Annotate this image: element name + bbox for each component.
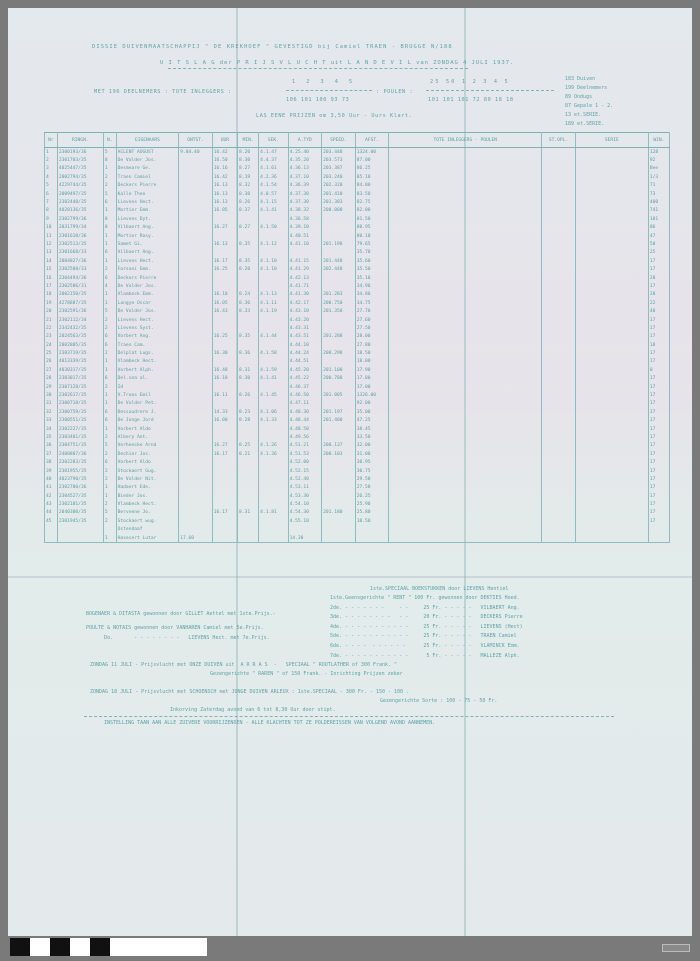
table-cell: 18.50 <box>355 349 389 357</box>
table-cell <box>179 442 213 450</box>
table-cell <box>542 173 576 181</box>
table-cell <box>288 526 322 534</box>
table-cell <box>212 316 237 324</box>
table-cell: 4.52.15 <box>288 467 322 475</box>
table-cell: De Volder Jos. <box>116 156 179 164</box>
table-row: 162304494/366Deckers Pierre4.42.1335.102… <box>45 274 670 282</box>
table-cell <box>542 500 576 508</box>
table-cell <box>212 400 237 408</box>
sunday-2b: Gezengerichte Sorte : 100 - 75 - 50 Fr. <box>380 697 497 707</box>
table-cell: 8.20 <box>238 265 259 273</box>
table-cell: 4.1.50 <box>259 224 288 232</box>
table-cell <box>575 215 648 223</box>
table-cell: 17 <box>648 349 669 357</box>
table-cell <box>389 265 542 273</box>
table-cell: 4.36.13 <box>288 165 322 173</box>
table-cell <box>179 190 213 198</box>
table-cell: 4013339/35 <box>57 358 103 366</box>
table-cell <box>389 299 542 307</box>
table-row: 122302513/351Samet Gi.16.138.354.1.124.4… <box>45 240 670 248</box>
table-cell <box>259 358 288 366</box>
table-cell: 81.50 <box>355 215 389 223</box>
table-cell <box>542 165 576 173</box>
table-cell: 2302513/35 <box>57 240 103 248</box>
table-cell <box>575 475 648 483</box>
table-cell: 17 <box>648 324 669 332</box>
table-cell: 14.33 <box>212 408 237 416</box>
table-cell <box>389 198 542 206</box>
table-cell <box>179 383 213 391</box>
table-cell: 2304751/35 <box>57 442 103 450</box>
table-cell <box>179 333 213 341</box>
table-cell <box>575 450 648 458</box>
table-cell: 4.1.13 <box>259 291 288 299</box>
table-cell: Bee <box>648 165 669 173</box>
table-cell: 27.80 <box>355 341 389 349</box>
table-cell: Traen Cam. <box>116 341 179 349</box>
table-cell: Kalle Theo <box>116 190 179 198</box>
table-cell: 37 <box>45 450 58 458</box>
table-cell: 35 <box>45 433 58 441</box>
table-cell <box>575 182 648 190</box>
table-cell: Lievens Syst. <box>116 324 179 332</box>
table-cell: 21 <box>45 316 58 324</box>
table-row: 1Hasecert Lutar17.6014.30 <box>45 534 670 543</box>
table-cell: 200.000 <box>322 207 356 215</box>
table-cell <box>179 366 213 374</box>
table-cell: 25 <box>648 249 669 257</box>
table-cell <box>238 500 259 508</box>
table-cell: 2307128/35 <box>57 383 103 391</box>
table-cell <box>322 475 356 483</box>
table-cell: 2400887/36 <box>57 450 103 458</box>
table-row: 274030317/351Vorbert Alph.16.488.314.1.5… <box>45 366 670 374</box>
summary-item: 199 Deelnemers <box>565 84 613 93</box>
table-cell: 17 <box>648 450 669 458</box>
table-cell: 2300193/36 <box>57 148 103 157</box>
table-cell: 2301703/35 <box>57 156 103 164</box>
table-cell <box>575 249 648 257</box>
table-cell <box>389 408 542 416</box>
table-cell <box>389 534 542 543</box>
table-cell: 201.448 <box>322 257 356 265</box>
table-cell: 2301955/35 <box>57 467 103 475</box>
table-cell <box>212 433 237 441</box>
table-cell: 29.50 <box>355 475 389 483</box>
table-cell: 17 <box>648 458 669 466</box>
table-cell: 1326.00 <box>355 391 389 399</box>
table-cell: 17 <box>648 425 669 433</box>
table-cell <box>389 417 542 425</box>
table-cell: 32 <box>45 408 58 416</box>
table-cell <box>212 475 237 483</box>
table-cell <box>575 492 648 500</box>
table-cell <box>542 492 576 500</box>
table-cell: 1 <box>103 232 116 240</box>
table-cell <box>389 349 542 357</box>
table-cell: 38.45 <box>355 425 389 433</box>
table-cell <box>389 442 542 450</box>
table-cell <box>575 232 648 240</box>
table-cell: 33 <box>45 417 58 425</box>
table-cell: 17 <box>648 442 669 450</box>
table-cell <box>389 291 542 299</box>
table-cell <box>45 526 58 534</box>
table-cell <box>259 433 288 441</box>
table-cell <box>238 282 259 290</box>
fraction-left-bottom: 106 101 100 93 73 <box>286 97 349 103</box>
table-cell: 17 <box>648 257 669 265</box>
table-cell: 16.50 <box>212 156 237 164</box>
table-header-row: Nr RINGN. N. EIGENAARS ONTST. UUR MIN. S… <box>45 133 670 148</box>
table-cell: 80.10 <box>355 232 389 240</box>
sunday-2c: Inkorving Zaterdag avond van 6 tot 8,30 … <box>170 706 336 716</box>
table-cell: Vilbaert Ang. <box>116 224 179 232</box>
col-owner: EIGENAARS <box>116 133 179 148</box>
table-cell: 17 <box>45 282 58 290</box>
table-cell: 18 <box>648 341 669 349</box>
table-cell: Traen Camiel <box>116 173 179 181</box>
table-cell: 2 <box>45 156 58 164</box>
table-cell: 4.42.13 <box>288 274 322 282</box>
table-cell <box>542 408 576 416</box>
table-cell: 4025447/35 <box>57 165 103 173</box>
table-cell: 12 <box>45 240 58 248</box>
table-cell: Dessaudrere J. <box>116 408 179 416</box>
table-cell <box>179 400 213 408</box>
table-cell <box>542 190 576 198</box>
table-cell: 17 <box>648 417 669 425</box>
note-left-2: POULTE & NOTAIS gewonnen door VANHAREN C… <box>86 624 270 643</box>
table-cell: 16.11 <box>212 391 237 399</box>
table-cell: 34.90 <box>355 282 389 290</box>
table-cell <box>238 316 259 324</box>
table-cell <box>212 383 237 391</box>
col-distance: AFST. <box>355 133 389 148</box>
table-cell: 2 <box>103 500 116 508</box>
table-cell: 4.1.12 <box>259 240 288 248</box>
table-cell <box>575 324 648 332</box>
table-cell <box>259 517 288 525</box>
table-cell: 4.1.33 <box>259 417 288 425</box>
table-cell <box>389 366 542 374</box>
table-cell <box>322 224 356 232</box>
table-cell <box>238 433 259 441</box>
table-cell <box>648 534 669 543</box>
table-cell <box>542 207 576 215</box>
table-cell: Deckers Pierre <box>116 182 179 190</box>
table-cell: 201.350 <box>322 307 356 315</box>
table-cell: 2024563/35 <box>57 333 103 341</box>
table-cell <box>389 190 542 198</box>
table-row: 102031799/348Vilbaert Ang.16.278.274.1.5… <box>45 224 670 232</box>
table-cell: 4.46.50 <box>288 391 322 399</box>
table-cell <box>179 182 213 190</box>
table-cell: ACLENT AUGUST <box>116 148 179 157</box>
table-cell: Vlambeck Emm. <box>116 291 179 299</box>
table-cell: 16.10 <box>212 291 237 299</box>
table-cell: 4028136/35 <box>57 207 103 215</box>
table-cell: 2302591/36 <box>57 307 103 315</box>
table-cell: 2302799/36 <box>57 215 103 223</box>
table-cell: Desmeare Ge. <box>116 165 179 173</box>
col-stopl: ST.OPL. <box>542 133 576 148</box>
table-cell: 8.33 <box>238 307 259 315</box>
table-cell: 2002150/35 <box>57 291 103 299</box>
table-cell <box>389 509 542 517</box>
table-cell: 11 <box>45 232 58 240</box>
col-release: ONTST. <box>179 133 213 148</box>
table-cell: 16.42 <box>212 148 237 157</box>
table-cell: 4.38.32 <box>288 207 322 215</box>
table-cell <box>575 173 648 181</box>
table-cell: 8.27 <box>238 224 259 232</box>
col-time: A.TYD <box>288 133 322 148</box>
table-cell: 9 <box>45 215 58 223</box>
table-cell <box>322 249 356 257</box>
table-cell: 8.20 <box>238 148 259 157</box>
table-cell: 4.40.51 <box>288 232 322 240</box>
table-cell <box>389 249 542 257</box>
table-cell: 17 <box>648 383 669 391</box>
table-cell: 201.005 <box>322 391 356 399</box>
table-cell: De Volder Jos. <box>116 282 179 290</box>
table-cell <box>57 526 103 534</box>
note-left-1: BOGENAER & DITASTA gewonnen door GILLET … <box>86 610 276 620</box>
table-cell <box>542 249 576 257</box>
table-cell <box>575 375 648 383</box>
table-cell <box>389 458 542 466</box>
table-cell: 17 <box>648 265 669 273</box>
table-cell <box>259 215 288 223</box>
table-cell: 8.27 <box>238 165 259 173</box>
table-cell: Mortier Rosy. <box>116 232 179 240</box>
table-cell: 128 <box>648 148 669 157</box>
table-cell: 2 <box>103 383 116 391</box>
table-cell <box>259 383 288 391</box>
table-cell <box>389 257 542 265</box>
table-cell <box>575 198 648 206</box>
table-cell: 30.95 <box>355 458 389 466</box>
table-cell: 4.54.30 <box>288 509 322 517</box>
table-cell: 4.47.11 <box>288 400 322 408</box>
table-cell: 4.49.56 <box>288 433 322 441</box>
table-cell: 2302112/34 <box>57 316 103 324</box>
table-row: Ostendaaf <box>45 526 670 534</box>
table-cell: 6 <box>103 408 116 416</box>
table-cell: 4.1.26 <box>259 442 288 450</box>
table-cell <box>212 500 237 508</box>
table-cell: 4 <box>45 173 58 181</box>
summary-item: 189 et.SERIE. <box>565 120 613 129</box>
table-cell: 8.24 <box>238 291 259 299</box>
table-row: 72302440/356Lievens Hect.16.138.264.1.15… <box>45 198 670 206</box>
table-cell: 38 <box>45 458 58 466</box>
table-cell: 8 <box>103 156 116 164</box>
table-cell <box>542 265 576 273</box>
table-cell: 86.25 <box>355 165 389 173</box>
table-cell <box>542 458 576 466</box>
table-row: 312300718/351De Volder Pet.4.47.1192.001… <box>45 400 670 408</box>
table-cell <box>212 324 237 332</box>
table-cell: 2302101/35 <box>57 500 103 508</box>
table-cell: 2302617/35 <box>57 391 103 399</box>
table-cell <box>238 484 259 492</box>
table-cell <box>542 282 576 290</box>
table-row: 202302591/365De Volder Jos.16.438.334.1.… <box>45 307 670 315</box>
table-cell: 4.0.57 <box>259 190 288 198</box>
table-cell: De Volder Jos. <box>116 307 179 315</box>
table-cell: 17 <box>648 358 669 366</box>
table-cell: 80.95 <box>355 224 389 232</box>
scale-black <box>10 938 30 956</box>
table-cell: 8.26 <box>238 198 259 206</box>
table-cell: Vorbert Ang. <box>116 333 179 341</box>
table-cell <box>575 265 648 273</box>
table-cell <box>179 224 213 232</box>
table-row: 282303017/356Del.sea al.16.188.304.1.414… <box>45 375 670 383</box>
table-cell: 2040300/35 <box>57 509 103 517</box>
table-cell: 16.00 <box>212 417 237 425</box>
table-cell: 4.48.44 <box>288 417 322 425</box>
table-cell: 28 <box>648 291 669 299</box>
table-cell <box>212 492 237 500</box>
table-cell: 4.41.15 <box>288 257 322 265</box>
table-cell <box>542 433 576 441</box>
table-cell <box>542 333 576 341</box>
table-cell <box>575 316 648 324</box>
table-cell: 8.30 <box>238 190 259 198</box>
table-cell: 10 <box>45 224 58 232</box>
table-cell: 17 <box>648 408 669 416</box>
table-cell: 2 <box>103 265 116 273</box>
table-cell: 4030317/35 <box>57 366 103 374</box>
table-cell <box>542 534 576 543</box>
table-row: 84028136/351Mortier Emm.16.058.374.1.414… <box>45 207 670 215</box>
table-cell: 1 <box>45 148 58 157</box>
table-cell: 4023790/35 <box>57 475 103 483</box>
table-cell: 8.35 <box>238 333 259 341</box>
table-cell: 2304527/35 <box>57 492 103 500</box>
table-cell: Lievens Hect. <box>116 316 179 324</box>
table-cell: 4.1.11 <box>259 299 288 307</box>
table-cell: 25.90 <box>355 500 389 508</box>
table-cell: Hadaert Ede. <box>116 484 179 492</box>
table-cell: 2302588/33 <box>57 265 103 273</box>
table-cell <box>575 358 648 366</box>
table-cell: 4.51.53 <box>288 450 322 458</box>
table-cell: 201.283 <box>322 291 356 299</box>
table-cell: De Volder Pet. <box>116 400 179 408</box>
table-cell: 17 <box>648 375 669 383</box>
table-cell: 4.1.41 <box>259 207 288 215</box>
table-cell <box>322 400 356 408</box>
footer-text: INSTELLING TAAN AAN ALLE ZUIVERE VOORRIJ… <box>104 719 435 729</box>
table-cell: 18 <box>45 291 58 299</box>
table-cell: 4.1.44 <box>259 333 288 341</box>
table-cell <box>238 215 259 223</box>
table-cell: 20 <box>45 307 58 315</box>
table-cell <box>212 232 237 240</box>
table-cell <box>212 458 237 466</box>
table-cell: 201.400 <box>322 417 356 425</box>
table-cell <box>179 316 213 324</box>
table-cell <box>648 526 669 534</box>
table-cell <box>389 156 542 164</box>
table-cell: 8.35 <box>238 257 259 265</box>
table-cell <box>322 358 356 366</box>
table-cell: Lievens Dyt. <box>116 215 179 223</box>
table-cell: 8 <box>103 215 116 223</box>
table-cell: 17.00 <box>355 383 389 391</box>
table-cell: Mortier Emm. <box>116 207 179 215</box>
table-cell: 35.60 <box>355 257 389 265</box>
table-cell: 4.44.24 <box>288 349 322 357</box>
table-cell: Del.sea al. <box>116 375 179 383</box>
table-cell: 17 <box>648 391 669 399</box>
table-cell: 1/3 <box>648 173 669 181</box>
table-row: 264013339/351Vlambeck Hect.4.44.5118.001… <box>45 358 670 366</box>
table-row: 34025447/351Desmeare Ge.16.168.274.1.614… <box>45 165 670 173</box>
table-cell: 84.00 <box>355 182 389 190</box>
table-cell: 4.45.22 <box>288 375 322 383</box>
table-cell: 201.383 <box>322 198 356 206</box>
table-cell: 92 <box>648 156 669 164</box>
table-cell <box>575 349 648 357</box>
table-cell <box>212 249 237 257</box>
table-cell <box>389 500 542 508</box>
table-cell: 2301668/33 <box>57 249 103 257</box>
table-cell: 16.13 <box>212 190 237 198</box>
table-cell: 200.788 <box>322 375 356 383</box>
table-cell: 2301610/36 <box>57 232 103 240</box>
table-cell: 2302586/31 <box>57 282 103 290</box>
table-cell <box>575 282 648 290</box>
title-underline <box>168 68 468 69</box>
table-cell: 1 <box>103 240 116 248</box>
table-cell: 4.35.20 <box>288 156 322 164</box>
table-cell: 14.30 <box>288 534 322 543</box>
table-cell <box>238 475 259 483</box>
table-cell <box>542 425 576 433</box>
table-cell <box>542 484 576 492</box>
table-cell <box>259 274 288 282</box>
table-cell <box>542 182 576 190</box>
table-cell <box>542 224 576 232</box>
table-row: 152302588/332Forsani Emm.16.258.204.1.10… <box>45 265 670 273</box>
table-cell: 82.00 <box>355 207 389 215</box>
table-cell <box>542 349 576 357</box>
table-cell <box>212 534 237 543</box>
table-cell <box>575 425 648 433</box>
col-pools: TOTE INLEGGERS - POULEN <box>389 133 542 148</box>
table-cell: 4.25.40 <box>288 148 322 157</box>
table-cell: 35.70 <box>355 249 389 257</box>
table-cell <box>179 433 213 441</box>
table-cell <box>542 400 576 408</box>
table-cell <box>542 366 576 374</box>
table-row: 142004827/361Lievens Hect.16.178.354.1.1… <box>45 257 670 265</box>
table-cell: 1 <box>103 165 116 173</box>
table-cell <box>322 484 356 492</box>
table-cell: 4.42.17 <box>288 299 322 307</box>
table-cell <box>259 492 288 500</box>
table-cell <box>179 265 213 273</box>
table-cell: 2300718/35 <box>57 400 103 408</box>
table-cell: 16.13 <box>212 240 237 248</box>
table-cell <box>179 500 213 508</box>
table-row: 194278887/351Langye Oscar16.058.364.1.11… <box>45 299 670 307</box>
